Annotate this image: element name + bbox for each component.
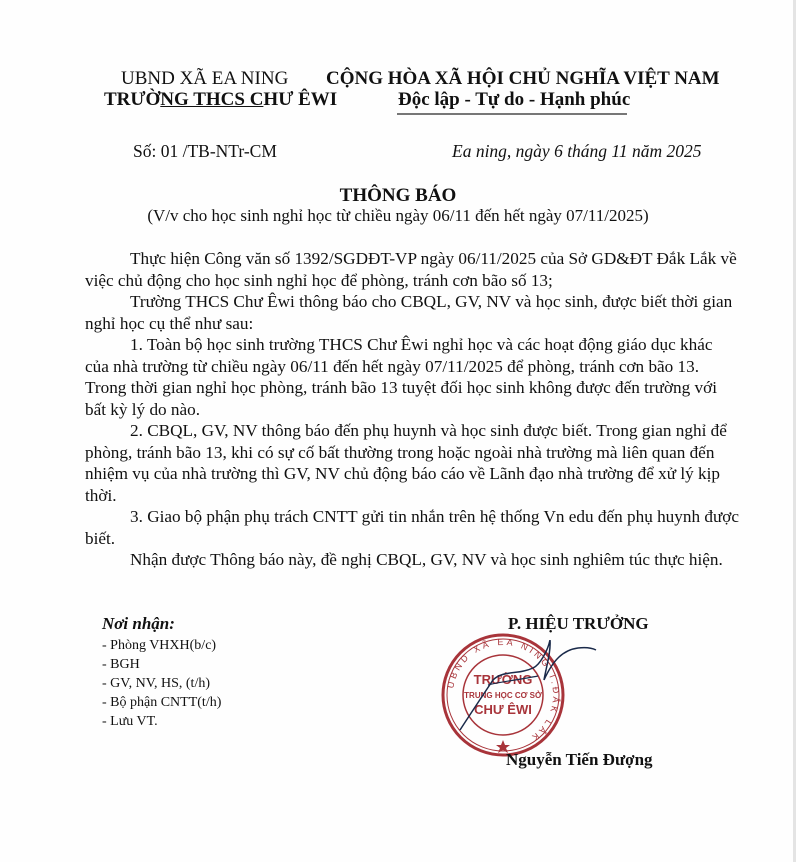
motto-underline [397, 113, 627, 115]
school-name: TRƯỜNG THCS CHƯ ÊWI [104, 89, 337, 111]
recipient-item: - Phòng VHXH(b/c) [102, 636, 221, 655]
school-name-part: TRƯỜ [104, 89, 160, 110]
recipient-item: - GV, NV, HS, (t/h) [102, 674, 221, 693]
body-paragraph: 1. Toàn bộ học sinh trường THCS Chư Êwi … [85, 334, 740, 420]
signer-title: P. HIỆU TRƯỞNG [508, 614, 649, 634]
recipient-item: - Bộ phận CNTT(t/h) [102, 693, 221, 712]
recipients-title: Nơi nhận: [102, 614, 175, 634]
document-body: Thực hiện Công văn số 1392/SGDĐT-VP ngày… [85, 248, 740, 571]
document-number: Số: 01 /TB-NTr-CM [133, 141, 277, 162]
school-name-part: HƯ ÊWI [263, 89, 337, 110]
body-paragraph: Nhận được Thông báo này, đề nghị CBQL, G… [85, 549, 740, 571]
document-title: THÔNG BÁO [0, 185, 796, 207]
national-title: CỘNG HÒA XÃ HỘI CHỦ NGHĨA VIỆT NAM [326, 68, 720, 90]
signer-name: Nguyễn Tiến Đượng [506, 750, 653, 770]
authority-name: UBND XÃ EA NING [121, 68, 288, 90]
body-paragraph: 2. CBQL, GV, NV thông báo đến phụ huynh … [85, 420, 740, 506]
national-motto: Độc lập - Tự do - Hạnh phúc [398, 89, 630, 111]
document-page: UBND XÃ EA NING TRƯỜNG THCS CHƯ ÊWI CỘNG… [0, 0, 796, 862]
recipients-list: - Phòng VHXH(b/c) - BGH - GV, NV, HS, (t… [102, 636, 221, 731]
document-subtitle: (V/v cho học sinh nghỉ học từ chiều ngày… [0, 206, 796, 226]
signature-scribble [458, 640, 598, 740]
place-date: Ea ning, ngày 6 tháng 11 năm 2025 [452, 141, 702, 162]
school-name-underlined: NG THCS C [160, 89, 263, 110]
recipient-item: - Lưu VT. [102, 712, 221, 731]
body-paragraph: Trường THCS Chư Êwi thông báo cho CBQL, … [85, 291, 740, 334]
body-paragraph: 3. Giao bộ phận phụ trách CNTT gửi tin n… [85, 506, 740, 549]
recipient-item: - BGH [102, 655, 221, 674]
body-paragraph: Thực hiện Công văn số 1392/SGDĐT-VP ngày… [85, 248, 740, 291]
